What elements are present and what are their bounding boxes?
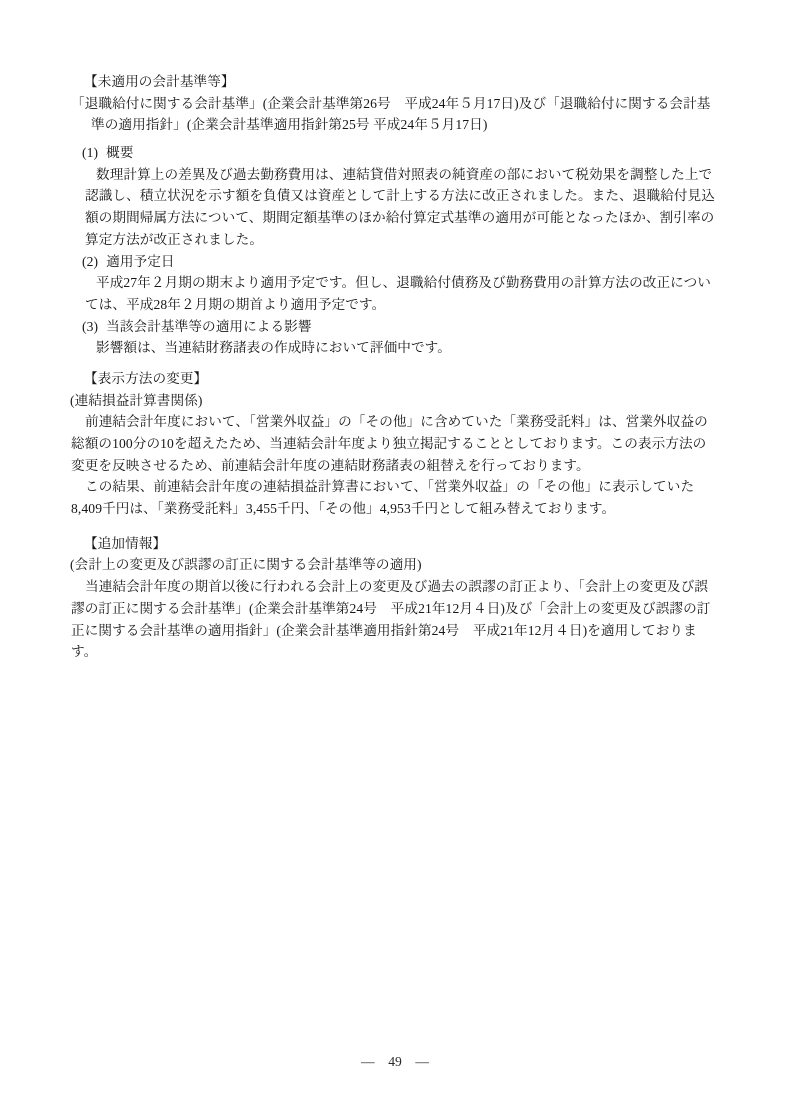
item-3-body-line: 影響額は、当連結財務諸表の作成時において評価中です。 xyxy=(0,337,790,359)
item-1-body-line: 認識し、積立状況を示す額を負債又は資産として計上する方法に改正されました。また、… xyxy=(0,185,790,207)
item-1-body-line: 算定方法が改正されました。 xyxy=(0,229,790,251)
item-2-title: 適用予定日 xyxy=(106,254,174,269)
item-2-heading: (2)適用予定日 xyxy=(0,251,790,273)
presentation-change-paragraph-line: 変更を反映させるため、前連結会計年度の連結財務諸表の組替えを行っております。 xyxy=(0,455,790,477)
subheading-consolidated-income-statement: (連結損益計算書関係) xyxy=(0,390,790,412)
item-2-number: (2) xyxy=(82,254,98,269)
additional-info-paragraph-line: 正に関する会計基準の適用指針」(企業会計基準適用指針第24号 平成21年12月４… xyxy=(0,620,790,642)
section-heading-unapplied-standards: 【未適用の会計基準等】 xyxy=(0,71,790,93)
item-3-heading: (3)当該会計基準等の適用による影響 xyxy=(0,316,790,338)
standard-reference-line-2: 準の適用指針」(企業会計基準適用指針第25号 平成24年５月17日) xyxy=(0,114,790,136)
presentation-change-paragraph-line: 総額の100分の10を超えたため、当連結会計年度より独立掲記することとしておりま… xyxy=(0,433,790,455)
reclassification-paragraph-line: この結果、前連結会計年度の連結損益計算書において、「営業外収益」の「その他」に表… xyxy=(0,476,790,498)
document-page: 【未適用の会計基準等】 「退職給付に関する会計基準」(企業会計基準第26号 平成… xyxy=(0,0,790,1118)
item-1-number: (1) xyxy=(82,145,98,160)
item-1-body-line: 数理計算上の差異及び過去勤務費用は、連結貸借対照表の純資産の部において税効果を調… xyxy=(0,164,790,186)
item-1-heading: (1)概要 xyxy=(0,142,790,164)
additional-info-paragraph-line: 謬の訂正に関する会計基準」(企業会計基準第24号 平成21年12月４日)及び「会… xyxy=(0,598,790,620)
item-2-body-line: 平成27年２月期の期末より適用予定です。但し、退職給付債務及び勤務費用の計算方法… xyxy=(0,272,790,294)
additional-info-paragraph-line: 当連結会計年度の期首以後に行われる会計上の変更及び過去の誤謬の訂正より、「会計上… xyxy=(0,576,790,598)
item-1-title: 概要 xyxy=(106,145,133,160)
page-number: ― 49 ― xyxy=(0,1053,790,1071)
subheading-accounting-changes-error-corrections: (会計上の変更及び誤謬の訂正に関する会計基準等の適用) xyxy=(0,554,790,576)
section-gap xyxy=(0,520,790,533)
standard-reference-line-1: 「退職給付に関する会計基準」(企業会計基準第26号 平成24年５月17日)及び「… xyxy=(0,93,790,115)
item-3-title: 当該会計基準等の適用による影響 xyxy=(106,319,311,334)
notes-content: 【未適用の会計基準等】 「退職給付に関する会計基準」(企業会計基準第26号 平成… xyxy=(0,71,790,663)
item-3-number: (3) xyxy=(82,319,98,334)
reclassification-paragraph-line: 8,409千円は、「業務受託料」3,455千円、「その他」4,953千円として組… xyxy=(0,498,790,520)
item-1-body-line: 額の期間帰属方法について、期間定額基準のほか給付算定式基準の適用が可能となったほ… xyxy=(0,207,790,229)
presentation-change-paragraph-line: 前連結会計年度において、「営業外収益」の「その他」に含めていた「業務受託料」は、… xyxy=(0,411,790,433)
section-gap xyxy=(0,359,790,368)
additional-info-paragraph-line: す。 xyxy=(0,641,790,663)
section-heading-additional-information: 【追加情報】 xyxy=(0,533,790,555)
section-heading-presentation-change: 【表示方法の変更】 xyxy=(0,368,790,390)
item-2-body-line: ては、平成28年２月期の期首より適用予定です。 xyxy=(0,294,790,316)
